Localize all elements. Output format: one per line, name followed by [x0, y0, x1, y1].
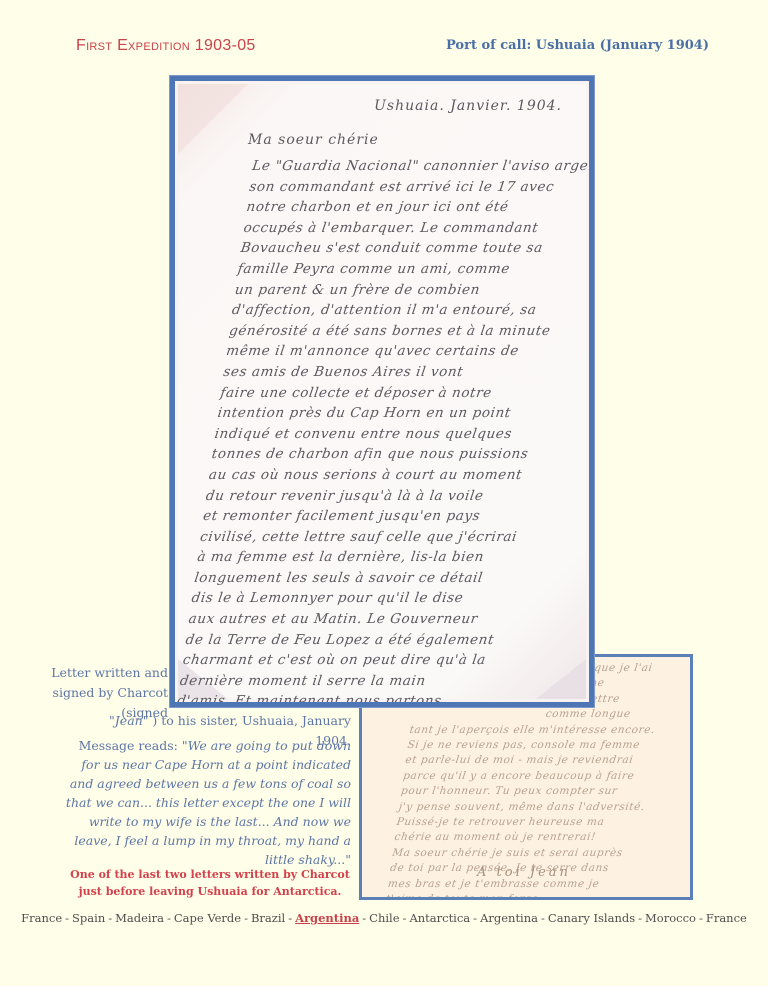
- route-stop: Argentina: [480, 911, 538, 925]
- handwritten-line: son commandant est arrivé ici le 17 avec: [248, 177, 594, 198]
- handwritten-line: d'affection, d'attention il m'a entouré,…: [231, 300, 594, 321]
- port-of-call-title: Port of call: Ushuaia (January 1904): [446, 38, 709, 53]
- handwritten-line: aux autres et au Matin. Le Gouverneur: [187, 609, 556, 630]
- handwritten-line: tant je l'aperçois elle m'intéresse enco…: [408, 723, 684, 738]
- signature: A toi Jean: [477, 865, 571, 880]
- handwritten-line: intention près du Cap Horn en un point: [216, 403, 585, 424]
- handwritten-line: chérie au moment où je rentrerai!: [393, 830, 669, 845]
- handwritten-line: ses amis de Buenos Aires il vont: [222, 362, 591, 383]
- handwritten-line: Puissé-je te retrouver heureuse ma: [396, 815, 672, 830]
- handwritten-line: au cas où nous serions à court au moment: [207, 465, 576, 486]
- route-stop: Morocco: [645, 911, 696, 925]
- handwritten-line: Si je ne reviens pas, console ma femme: [406, 738, 682, 753]
- route-stop: Antarctica: [409, 911, 470, 925]
- handwritten-line: générosité a été sans bornes et à la min…: [228, 321, 594, 342]
- handwritten-line: famille Peyra comme un ami, comme: [236, 259, 594, 280]
- route-separator: -: [362, 911, 366, 925]
- handwritten-line: t'aime de toute mon force.: [385, 892, 661, 900]
- handwritten-line: dernière moment il serre la main: [179, 671, 548, 692]
- route-stop: Madeira: [115, 911, 164, 925]
- handwritten-line: dis le à Lemonnyer pour qu'il le dise: [190, 588, 559, 609]
- handwritten-line: de la Terre de Feu Lopez a été également: [184, 630, 553, 651]
- handwritten-line: Bovaucheu s'est conduit comme toute sa: [239, 238, 594, 259]
- handwritten-text: Le "Guardia Nacional" canonnier l'aviso …: [170, 156, 594, 707]
- route-stop: Spain: [72, 911, 105, 925]
- handwritten-line: comme longue: [411, 707, 687, 722]
- handwritten-line: indiqué et convenu entre nous quelques: [213, 424, 582, 445]
- handwritten-line: pour l'honneur. Tu peux compter sur: [400, 784, 676, 799]
- handwritten-line: et parle-lui de moi - mais je reviendrai: [404, 753, 680, 768]
- handwritten-line: d'amis. Et maintenant nous partons,: [176, 691, 545, 707]
- handwritten-line: faire une collecte et déposer à notre: [219, 383, 588, 404]
- route-separator: -: [244, 911, 248, 925]
- handwritten-line: du retour revenir jusqu'à là à la voile: [205, 486, 574, 507]
- handwritten-line: Le "Guardia Nacional" canonnier l'aviso …: [251, 156, 594, 177]
- route-stop: Chile: [369, 911, 399, 925]
- message-quote: "We are going to put down for us near Ca…: [66, 738, 351, 867]
- message-label: Message reads:: [79, 738, 182, 753]
- message-translation: Message reads: "We are going to put down…: [60, 736, 351, 869]
- section-title: First Expedition 1903-05: [76, 37, 256, 55]
- letter-image-first-page: Ushuaia. Janvier. 1904. Ma soeur chérie …: [170, 76, 594, 707]
- handwritten-line: même il m'annonce qu'avec certains de: [225, 341, 594, 362]
- handwritten-line: charmant et c'est où on peut dire qu'à l…: [181, 650, 550, 671]
- paper-fold: [178, 84, 248, 154]
- route-stop: Canary Islands: [548, 911, 635, 925]
- highlight-note: One of the last two letters written by C…: [60, 866, 360, 900]
- handwritten-line: j'y pense souvent, même dans l'adversité…: [398, 800, 674, 815]
- handwritten-line: parce qu'il y a encore beaucoup à faire: [402, 769, 678, 784]
- handwritten-line: et remonter facilement jusqu'en pays: [202, 506, 571, 527]
- handwritten-line: tonnes de charbon afin que nous puission…: [210, 444, 579, 465]
- route-separator: -: [699, 911, 703, 925]
- handwritten-line: Ma soeur chérie je suis et serai auprès: [391, 846, 667, 861]
- route-separator: -: [108, 911, 112, 925]
- expedition-route: France-Spain-Madeira-Cape Verde-Brazil-A…: [0, 911, 768, 925]
- route-separator: -: [65, 911, 69, 925]
- letter-paper: Ushuaia. Janvier. 1904. Ma soeur chérie …: [178, 84, 586, 699]
- signed-name: "Jean": [109, 713, 148, 728]
- route-separator: -: [541, 911, 545, 925]
- route-separator: -: [638, 911, 642, 925]
- route-stop: Argentina: [295, 911, 359, 925]
- handwritten-line: longuement les seuls à savoir ce détail: [193, 568, 562, 589]
- handwritten-line: notre charbon et en jour ici ont été: [245, 197, 594, 218]
- handwritten-line: occupés à l'embarquer. Le commandant: [242, 218, 594, 239]
- letter-salutation: Ma soeur chérie: [248, 132, 379, 148]
- route-stop: France: [706, 911, 747, 925]
- route-separator: -: [473, 911, 477, 925]
- letter-date: Ushuaia. Janvier. 1904.: [374, 98, 562, 114]
- handwritten-line: civilisé, cette lettre sauf celle que j'…: [199, 527, 568, 548]
- handwritten-line: à ma femme est la dernière, lis-la bien: [196, 547, 565, 568]
- route-stop: France: [21, 911, 62, 925]
- route-stop: Brazil: [251, 911, 285, 925]
- route-stop: Cape Verde: [174, 911, 241, 925]
- route-separator: -: [167, 911, 171, 925]
- handwritten-line: un parent & un frère de combien: [233, 280, 594, 301]
- route-separator: -: [403, 911, 407, 925]
- route-separator: -: [288, 911, 292, 925]
